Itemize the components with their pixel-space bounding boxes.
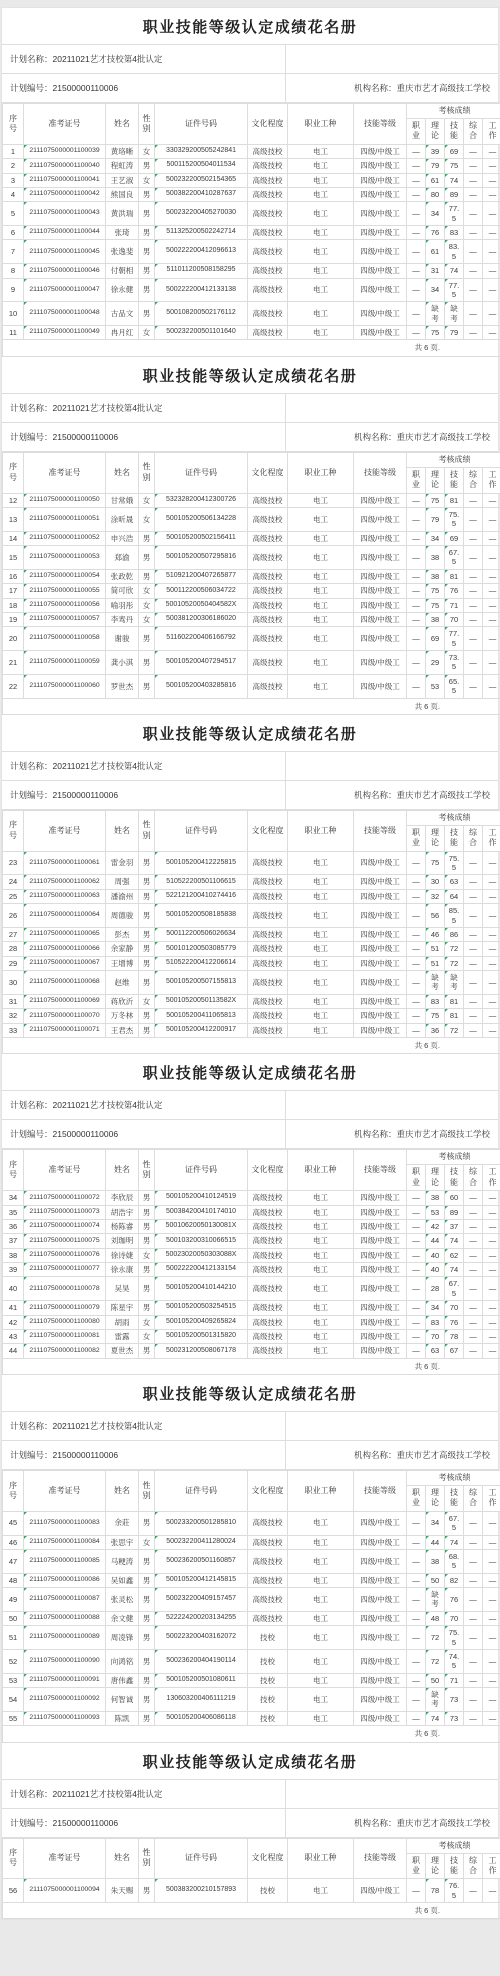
cell-score-theory: 79 [426, 159, 445, 173]
cell-seq: 44 [3, 1344, 24, 1358]
cell-score-skill: 60 [445, 1191, 464, 1205]
cell-score-comprehensive: — [464, 1329, 483, 1343]
col-header-education: 文化程度 [248, 1150, 288, 1191]
cell-score-theory: 38 [426, 1549, 445, 1573]
col-header-score-work: 工作 [483, 1853, 500, 1879]
cell-occupation: 电工 [288, 507, 354, 531]
col-header-occupation: 职业工种 [288, 1471, 354, 1512]
plan-name-value: 20211021艺才技校第4批认定 [53, 403, 163, 413]
cell-occupation: 电工 [288, 942, 354, 956]
col-header-score-group: 考核成绩 [407, 452, 500, 467]
cell-name: 甘常娥 [106, 493, 139, 507]
col-header-score-skill-label: 技能 [450, 121, 458, 142]
cell-score-comprehensive: — [464, 546, 483, 570]
col-header-name: 姓名 [106, 1471, 139, 1512]
cell-score-work: — [483, 278, 500, 302]
cell-occupation: 电工 [288, 1248, 354, 1262]
col-header-gender: 性别 [139, 810, 155, 851]
cell-score-theory: 75 [426, 1009, 445, 1023]
col-header-score-comprehensive: 综合 [464, 467, 483, 493]
cell-score-comprehensive: — [464, 1191, 483, 1205]
col-header-score-vocational: 职业 [407, 1853, 426, 1879]
cell-occupation: 电工 [288, 584, 354, 598]
cell-id-no: 500105200508185838 [155, 904, 248, 928]
cell-score-comprehensive: — [464, 1649, 483, 1673]
cell-name: 黄珞晰 [106, 144, 139, 158]
cell-score-work: — [483, 1626, 500, 1650]
cell-seq: 8 [3, 264, 24, 278]
cell-occupation: 电工 [288, 546, 354, 570]
cell-education: 高级技校 [248, 1329, 288, 1343]
cell-level: 四级/中级工 [354, 1277, 407, 1301]
cell-gender: 男 [139, 1009, 155, 1023]
cell-id-no: 500105200412145815 [155, 1573, 248, 1587]
col-header-score-comprehensive-label: 综合 [469, 828, 477, 849]
roster-page-section: 职业技能等级认定成绩花名册 计划名称：20211021艺才技校第4批认定 计划编… [2, 1375, 498, 1743]
col-header-score-theory-label: 理论 [431, 1856, 439, 1877]
cell-score-comprehensive: — [464, 507, 483, 531]
col-header-score-skill-label: 技能 [450, 828, 458, 849]
org-name: 机构名称：重庆市艺才高级技工学校 [285, 423, 498, 451]
cell-score-vocational: — [407, 1191, 426, 1205]
cell-exam-no: 2111075000001100049 [24, 326, 106, 340]
page-count-note: 共 6 页. [3, 340, 500, 356]
plan-no: 计划编号：21500000110006 [2, 423, 285, 451]
cell-score-comprehensive: — [464, 971, 483, 995]
cell-level: 四级/中级工 [354, 531, 407, 545]
cell-seq: 18 [3, 598, 24, 612]
cell-score-theory: 34 [426, 531, 445, 545]
cell-occupation: 电工 [288, 1263, 354, 1277]
score-table-body: 562111075000001100094朱天赐男500383200210157… [3, 1879, 500, 1903]
col-header-level: 技能等级 [354, 452, 407, 493]
cell-name: 付朝相 [106, 264, 139, 278]
cell-name: 程虹涛 [106, 159, 139, 173]
cell-occupation: 电工 [288, 627, 354, 651]
plan-name-row: 计划名称：20211021艺才技校第4批认定 [2, 1091, 498, 1120]
cell-score-skill: 83.5 [445, 240, 464, 264]
cell-score-vocational: — [407, 531, 426, 545]
cell-education: 高级技校 [248, 326, 288, 340]
col-header-score-group: 考核成绩 [407, 810, 500, 825]
cell-name: 龚小淇 [106, 651, 139, 675]
col-header-score-comprehensive: 综合 [464, 1165, 483, 1191]
cell-score-comprehensive: — [464, 1205, 483, 1219]
cell-seq: 1 [3, 144, 24, 158]
cell-id-no: 500105200411065813 [155, 1009, 248, 1023]
cell-score-comprehensive: — [464, 875, 483, 889]
cell-score-theory: 48 [426, 1611, 445, 1625]
plan-name-value: 20211021艺才技校第4批认定 [53, 761, 163, 771]
cell-seq: 7 [3, 240, 24, 264]
col-header-score-comprehensive-label: 综合 [469, 1856, 477, 1877]
cell-score-skill: 74 [445, 1535, 464, 1549]
cell-score-work: — [483, 1649, 500, 1673]
col-header-score-theory: 理论 [426, 1486, 445, 1512]
cell-score-work: — [483, 187, 500, 201]
cell-exam-no: 2111075000001100064 [24, 904, 106, 928]
org-name-value: 重庆市艺才高级技工学校 [396, 1450, 490, 1460]
col-header-score-group: 考核成绩 [407, 1471, 500, 1486]
col-header-score-skill-label: 技能 [450, 1856, 458, 1877]
cell-education: 高级技校 [248, 1588, 288, 1612]
cell-score-skill: 78 [445, 1329, 464, 1343]
col-header-exam-no: 准考证号 [24, 452, 106, 493]
org-label: 机构名称： [354, 790, 397, 800]
cell-score-theory: 40 [426, 1263, 445, 1277]
cell-occupation: 电工 [288, 971, 354, 995]
cell-score-vocational: — [407, 1673, 426, 1687]
cell-level: 四级/中级工 [354, 278, 407, 302]
col-header-score-comprehensive-label: 综合 [469, 1488, 477, 1509]
cell-exam-no: 2111075000001100057 [24, 612, 106, 626]
cell-occupation: 电工 [288, 1711, 354, 1725]
cell-score-work: — [483, 1329, 500, 1343]
cell-score-skill: 85.5 [445, 904, 464, 928]
cell-occupation: 电工 [288, 278, 354, 302]
cell-score-vocational: — [407, 326, 426, 340]
cell-gender: 男 [139, 1688, 155, 1712]
cell-score-skill: 86 [445, 927, 464, 941]
cell-score-skill: 75.5 [445, 851, 464, 875]
cell-exam-no: 2111075000001100073 [24, 1205, 106, 1219]
cell-score-vocational: — [407, 584, 426, 598]
cell-exam-no: 2111075000001100086 [24, 1573, 106, 1587]
cell-occupation: 电工 [288, 1329, 354, 1343]
cell-exam-no: 2111075000001100080 [24, 1315, 106, 1329]
cell-id-no: 522224200203134255 [155, 1611, 248, 1625]
cell-score-theory: 44 [426, 1535, 445, 1549]
cell-education: 高级技校 [248, 240, 288, 264]
cell-level: 四级/中级工 [354, 598, 407, 612]
cell-score-comprehensive: — [464, 927, 483, 941]
cell-level: 四级/中级工 [354, 507, 407, 531]
cell-occupation: 电工 [288, 1626, 354, 1650]
score-table-body: 452111075000001100083余莊男5002332005012858… [3, 1511, 500, 1725]
plan-no-value: 21500000110006 [53, 1450, 119, 1460]
col-header-gender: 性别 [139, 1471, 155, 1512]
cell-score-comprehensive: — [464, 1588, 483, 1612]
cell-score-theory: 53 [426, 674, 445, 698]
col-header-gender: 性别 [139, 452, 155, 493]
cell-score-vocational: — [407, 202, 426, 226]
cell-education: 高级技校 [248, 1511, 288, 1535]
table-row: 412111075000001100079陈星宇男500105200503254… [3, 1301, 500, 1315]
cell-score-comprehensive: — [464, 1219, 483, 1233]
cell-score-work: — [483, 1511, 500, 1535]
cell-education: 高级技校 [248, 1205, 288, 1219]
cell-occupation: 电工 [288, 493, 354, 507]
cell-gender: 男 [139, 1611, 155, 1625]
cell-score-skill: 81 [445, 569, 464, 583]
col-header-id-no: 证件号码 [155, 1471, 248, 1512]
col-header-education: 文化程度 [248, 1471, 288, 1512]
cell-score-vocational: — [407, 1344, 426, 1358]
cell-exam-no: 2111075000001100045 [24, 240, 106, 264]
cell-education: 高级技校 [248, 1009, 288, 1023]
cell-seq: 5 [3, 202, 24, 226]
table-row: 92111075000001100047徐永健男5002222004121331… [3, 278, 500, 302]
table-row: 352111075000001100073胡浩宇男500384200410174… [3, 1205, 500, 1219]
cell-score-theory: 63 [426, 1344, 445, 1358]
cell-score-comprehensive: — [464, 1673, 483, 1687]
cell-score-vocational: — [407, 1277, 426, 1301]
plan-name-row-spacer [285, 1412, 498, 1440]
cell-level: 四级/中级工 [354, 904, 407, 928]
col-header-score-skill: 技能 [445, 1853, 464, 1879]
page-count-note: 共 6 页. [3, 1358, 500, 1374]
roster-page-section: 职业技能等级认定成绩花名册 计划名称：20211021艺才技校第4批认定 计划编… [2, 715, 498, 1054]
plan-no-row: 计划编号：21500000110006 机构名称：重庆市艺才高级技工学校 [2, 74, 498, 103]
cell-occupation: 电工 [288, 1879, 354, 1903]
cell-exam-no: 2111075000001100053 [24, 546, 106, 570]
cell-id-no: 511325200502242714 [155, 226, 248, 240]
cell-seq: 45 [3, 1511, 24, 1535]
cell-occupation: 电工 [288, 674, 354, 698]
cell-seq: 52 [3, 1649, 24, 1673]
cell-occupation: 电工 [288, 1234, 354, 1248]
org-name: 机构名称：重庆市艺才高级技工学校 [285, 1120, 498, 1148]
cell-name: 罗世杰 [106, 674, 139, 698]
cell-name: 何智诚 [106, 1688, 139, 1712]
cell-score-skill: 76 [445, 584, 464, 598]
cell-id-no: 500105200501080611 [155, 1673, 248, 1687]
page-count-note: 共 6 页. [3, 698, 500, 714]
cell-education: 高级技校 [248, 1263, 288, 1277]
table-row: 342111075000001100072李欣辰男500105200410124… [3, 1191, 500, 1205]
cell-score-theory: 72 [426, 1649, 445, 1673]
cell-occupation: 电工 [288, 956, 354, 970]
cell-score-theory: 70 [426, 1329, 445, 1343]
cell-score-comprehensive: — [464, 904, 483, 928]
cell-education: 高级技校 [248, 226, 288, 240]
plan-no-row: 计划编号：21500000110006 机构名称：重庆市艺才高级技工学校 [2, 781, 498, 810]
cell-education: 高级技校 [248, 1023, 288, 1037]
cell-id-no: 500232200501101640 [155, 326, 248, 340]
cell-score-skill: 67 [445, 1344, 464, 1358]
cell-occupation: 电工 [288, 904, 354, 928]
col-header-seq: 序号 [3, 1838, 24, 1879]
cell-education: 高级技校 [248, 942, 288, 956]
cell-education: 高级技校 [248, 507, 288, 531]
cell-score-comprehensive: — [464, 612, 483, 626]
table-row: 322111075000001100070万冬林男500105200411065… [3, 1009, 500, 1023]
table-row: 382111075000001100076徐诗婕女500230200503030… [3, 1248, 500, 1262]
cell-name: 王增博 [106, 956, 139, 970]
roster-sheet: 职业技能等级认定成绩花名册 计划名称：20211021艺才技校第4批认定 计划编… [1, 7, 499, 1920]
cell-id-no: 130603200406111219 [155, 1688, 248, 1712]
cell-level: 四级/中级工 [354, 1611, 407, 1625]
cell-seq: 25 [3, 889, 24, 903]
cell-education: 高级技校 [248, 971, 288, 995]
cell-id-no: 500101200503085779 [155, 942, 248, 956]
plan-no-value: 21500000110006 [53, 83, 119, 93]
cell-score-work: — [483, 627, 500, 651]
cell-score-work: — [483, 1301, 500, 1315]
cell-name: 陈星宇 [106, 1301, 139, 1315]
cell-exam-no: 2111075000001100041 [24, 173, 106, 187]
cell-seq: 17 [3, 584, 24, 598]
plan-name: 计划名称：20211021艺才技校第4批认定 [2, 394, 285, 422]
cell-score-vocational: — [407, 1879, 426, 1903]
cell-id-no: 511602200406166792 [155, 627, 248, 651]
cell-id-no: 511011200508158295 [155, 264, 248, 278]
table-row: 272111075000001100065彭杰男5001122005060266… [3, 927, 500, 941]
cell-score-vocational: — [407, 1535, 426, 1549]
cell-occupation: 电工 [288, 1673, 354, 1687]
cell-id-no: 500222200412096613 [155, 240, 248, 264]
cell-name: 申兴浩 [106, 531, 139, 545]
cell-score-theory: 29 [426, 651, 445, 675]
score-table: 序号 准考证号 姓名 性别 证件号码 文化程度 职业工种 技能等级 考核成绩 职… [2, 103, 500, 357]
cell-education: 高级技校 [248, 1248, 288, 1262]
cell-score-vocational: — [407, 569, 426, 583]
cell-exam-no: 2111075000001100062 [24, 875, 106, 889]
cell-level: 四级/中级工 [354, 1588, 407, 1612]
cell-score-vocational: — [407, 927, 426, 941]
cell-score-skill: 74.5 [445, 1649, 464, 1673]
col-header-gender: 性别 [139, 1150, 155, 1191]
org-label: 机构名称： [354, 432, 397, 442]
table-row: 502111075000001100088余文健男522224200203134… [3, 1611, 500, 1625]
cell-gender: 女 [139, 1248, 155, 1262]
col-header-score-vocational-label: 职业 [412, 1167, 420, 1188]
col-header-score-comprehensive: 综合 [464, 1486, 483, 1512]
cell-score-theory: 34 [426, 278, 445, 302]
cell-id-no: 500231200508067178 [155, 1344, 248, 1358]
cell-exam-no: 2111075000001100043 [24, 202, 106, 226]
cell-score-skill: 69 [445, 144, 464, 158]
cell-score-theory: 69 [426, 627, 445, 651]
plan-name: 计划名称：20211021艺才技校第4批认定 [2, 752, 285, 780]
org-label: 机构名称： [354, 1818, 397, 1828]
header-row-1: 序号 准考证号 姓名 性别 证件号码 文化程度 职业工种 技能等级 考核成绩 [3, 810, 500, 825]
cell-score-work: — [483, 612, 500, 626]
col-header-score-skill-label: 技能 [450, 1167, 458, 1188]
cell-level: 四级/中级工 [354, 1329, 407, 1343]
cell-score-comprehensive: — [464, 159, 483, 173]
col-header-score-skill: 技能 [445, 119, 464, 145]
cell-seq: 24 [3, 875, 24, 889]
table-row: 252111075000001100063潘渝州男522121200410274… [3, 889, 500, 903]
cell-education: 高级技校 [248, 1549, 288, 1573]
table-row: 152111075000001100053郑渝男5001052005072958… [3, 546, 500, 570]
cell-score-skill: 79 [445, 326, 464, 340]
cell-education: 高级技校 [248, 1573, 288, 1587]
cell-score-theory: 75 [426, 326, 445, 340]
cell-id-no: 330329200505242841 [155, 144, 248, 158]
cell-level: 四级/中级工 [354, 159, 407, 173]
col-header-education: 文化程度 [248, 104, 288, 145]
roster-page-section: 职业技能等级认定成绩花名册 计划名称：20211021艺才技校第4批认定 计划编… [2, 1054, 498, 1375]
cell-score-theory: 50 [426, 1673, 445, 1687]
col-header-score-work: 工作 [483, 1486, 500, 1512]
cell-score-skill: 81 [445, 493, 464, 507]
cell-name: 谢骏 [106, 627, 139, 651]
cell-score-vocational: — [407, 1023, 426, 1037]
cell-id-no: 500105200412225815 [155, 851, 248, 875]
cell-score-skill: 77.5 [445, 278, 464, 302]
cell-level: 四级/中级工 [354, 1711, 407, 1725]
cell-score-skill: 73 [445, 1711, 464, 1725]
cell-score-comprehensive: — [464, 627, 483, 651]
cell-seq: 40 [3, 1277, 24, 1301]
cell-gender: 男 [139, 1023, 155, 1037]
cell-score-work: — [483, 1549, 500, 1573]
org-label: 机构名称： [354, 1450, 397, 1460]
plan-no-row: 计划编号：21500000110006 机构名称：重庆市艺才高级技工学校 [2, 1120, 498, 1149]
cell-exam-no: 2111075000001100075 [24, 1234, 106, 1248]
col-header-id-no: 证件号码 [155, 452, 248, 493]
table-row: 112111075000001100049冉月红女500232200501101… [3, 326, 500, 340]
cell-gender: 女 [139, 1315, 155, 1329]
cell-education: 高级技校 [248, 264, 288, 278]
table-row: 452111075000001100083余莊男5002332005012858… [3, 1511, 500, 1535]
cell-name: 胡浩宇 [106, 1205, 139, 1219]
cell-score-work: — [483, 1673, 500, 1687]
cell-seq: 35 [3, 1205, 24, 1219]
col-header-score-group: 考核成绩 [407, 104, 500, 119]
cell-score-skill: 72 [445, 956, 464, 970]
plan-name-row: 计划名称：20211021艺才技校第4批认定 [2, 1780, 498, 1809]
cell-occupation: 电工 [288, 1588, 354, 1612]
plan-no: 计划编号：21500000110006 [2, 1120, 285, 1148]
cell-seq: 53 [3, 1673, 24, 1687]
cell-exam-no: 2111075000001100068 [24, 971, 106, 995]
cell-name: 徐永健 [106, 278, 139, 302]
table-row: 192111075000001100057李鸾丹女500381200306186… [3, 612, 500, 626]
cell-level: 四级/中级工 [354, 240, 407, 264]
cell-score-theory: 51 [426, 942, 445, 956]
cell-id-no: 500223200403162072 [155, 1626, 248, 1650]
cell-score-work: — [483, 584, 500, 598]
cell-gender: 男 [139, 202, 155, 226]
cell-level: 四级/中级工 [354, 971, 407, 995]
plan-name-value: 20211021艺才技校第4批认定 [53, 54, 163, 64]
col-header-gender-label: 性别 [143, 462, 151, 483]
cell-score-skill: 缺考 [445, 971, 464, 995]
cell-occupation: 电工 [288, 1009, 354, 1023]
cell-level: 四级/中级工 [354, 264, 407, 278]
cell-level: 四级/中级工 [354, 493, 407, 507]
cell-score-theory: 75 [426, 851, 445, 875]
cell-name: 胡雨 [106, 1315, 139, 1329]
cell-score-theory: 38 [426, 569, 445, 583]
org-name-value: 重庆市艺才高级技工学校 [396, 1129, 490, 1139]
cell-score-theory: 36 [426, 1023, 445, 1037]
plan-no-label: 计划编号： [10, 1450, 53, 1460]
cell-gender: 男 [139, 187, 155, 201]
cell-level: 四级/中级工 [354, 1234, 407, 1248]
table-row: 82111075000001100046付朝相男5110112005081582… [3, 264, 500, 278]
cell-occupation: 电工 [288, 264, 354, 278]
table-row: 22111075000001100040程虹涛男5001152005040115… [3, 159, 500, 173]
cell-occupation: 电工 [288, 598, 354, 612]
cell-level: 四级/中级工 [354, 202, 407, 226]
col-header-seq-label: 序号 [9, 114, 17, 135]
col-header-score-theory: 理论 [426, 119, 445, 145]
cell-exam-no: 2111075000001100090 [24, 1649, 106, 1673]
cell-id-no: 50010520050113582X [155, 994, 248, 1008]
col-header-score-vocational: 职业 [407, 119, 426, 145]
cell-score-theory: 79 [426, 507, 445, 531]
col-header-gender-label: 性别 [143, 114, 151, 135]
cell-id-no: 500222200412133138 [155, 278, 248, 302]
cell-seq: 22 [3, 674, 24, 698]
cell-gender: 女 [139, 507, 155, 531]
col-header-score-vocational: 职业 [407, 1486, 426, 1512]
plan-no-value: 21500000110006 [53, 1818, 119, 1828]
